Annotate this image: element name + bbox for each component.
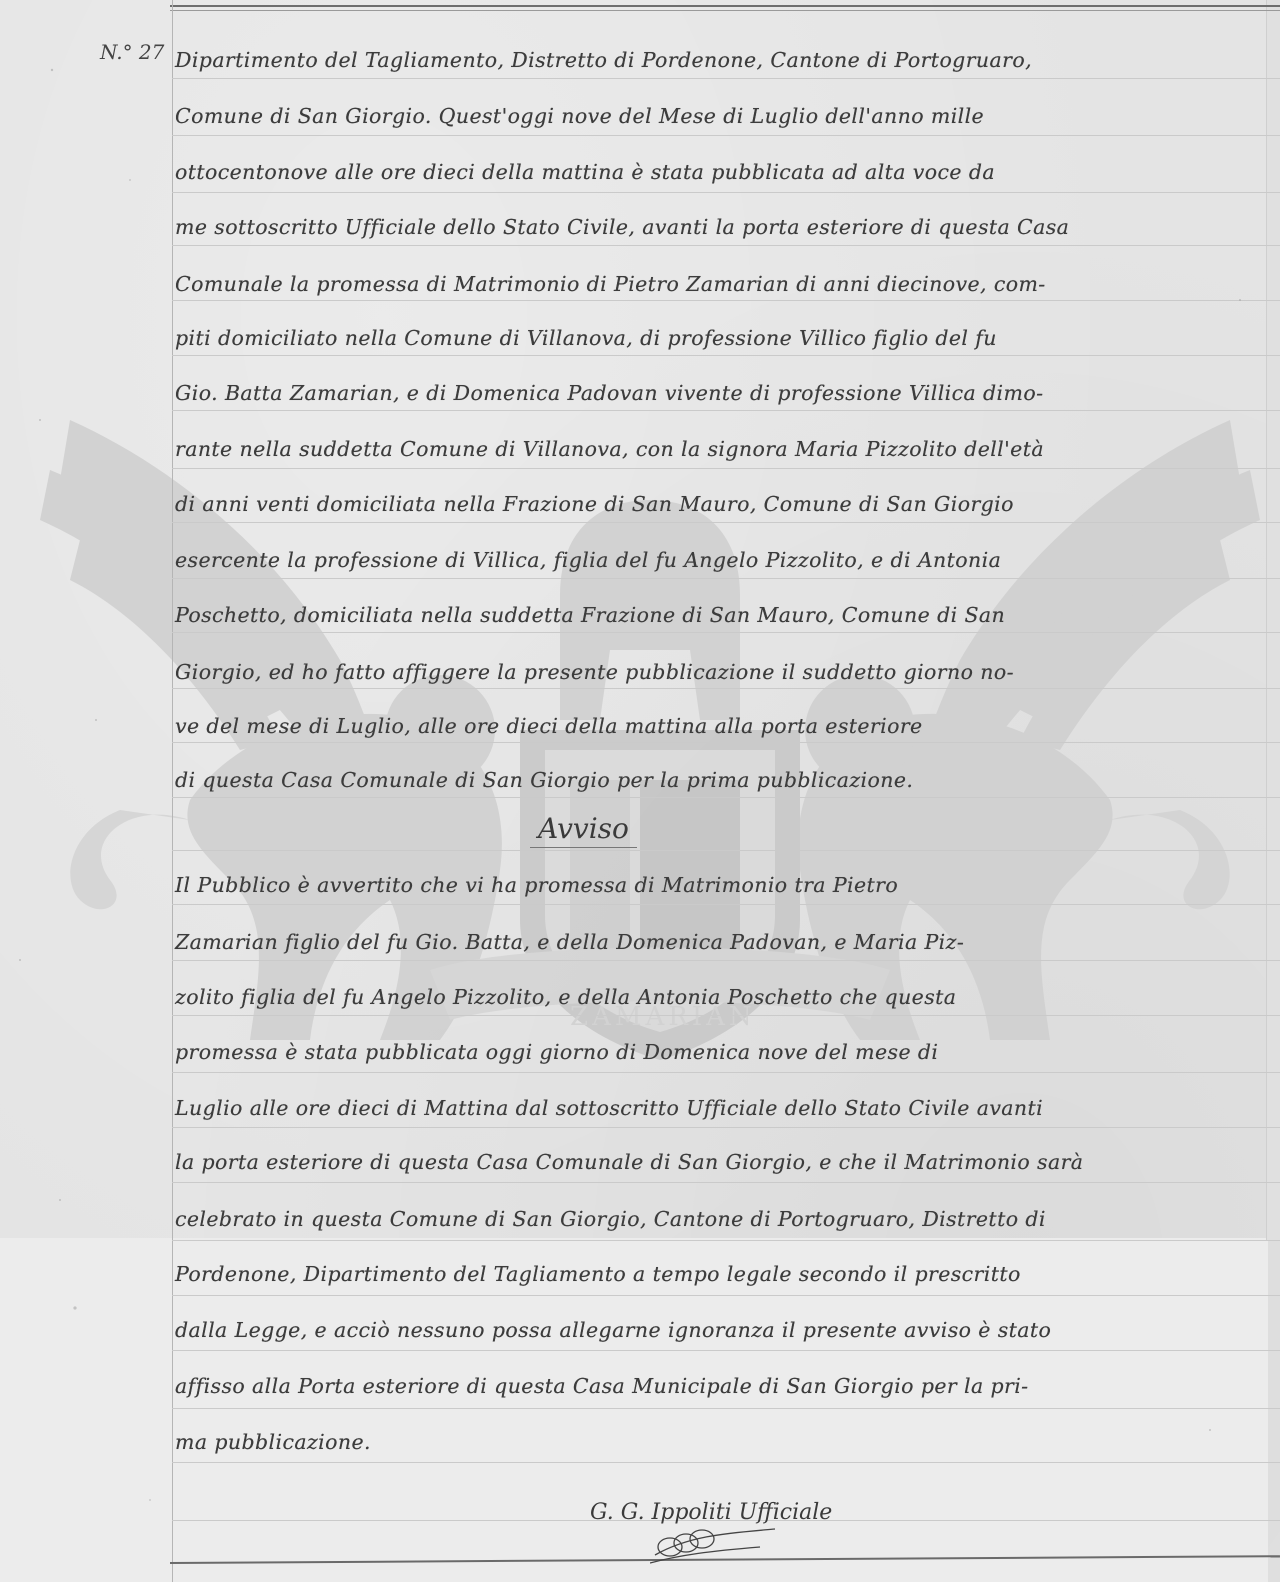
page-right-edge [1266, 0, 1280, 1240]
ruled-line [172, 192, 1280, 193]
record-line: Gio. Batta Zamarian, e di Domenica Padov… [175, 381, 1265, 405]
ruled-line [172, 468, 1280, 469]
ruled-line [172, 1015, 1280, 1016]
ruled-line [172, 578, 1280, 579]
notice-line: affisso alla Porta esteriore di questa C… [175, 1374, 1265, 1398]
ruled-line [172, 410, 1280, 411]
ruled-line [172, 300, 1280, 301]
ruled-line [172, 960, 1280, 961]
record-line: ve del mese di Luglio, alle ore dieci de… [175, 714, 1265, 738]
notice-line: dalla Legge, e acciò nessuno possa alleg… [175, 1318, 1265, 1342]
notice-line: zolito figlia del fu Angelo Pizzolito, e… [175, 985, 1265, 1009]
ruled-line [172, 245, 1280, 246]
ruled-line [172, 1408, 1280, 1409]
notice-line: la porta esteriore di questa Casa Comuna… [175, 1150, 1265, 1174]
notice-line: Zamarian figlio del fu Gio. Batta, e del… [175, 930, 1265, 954]
left-margin-line [172, 0, 173, 1582]
notice-line: celebrato in questa Comune di San Giorgi… [175, 1207, 1265, 1231]
record-line: di questa Casa Comunale di San Giorgio p… [175, 768, 1265, 792]
ruled-line [172, 1072, 1280, 1073]
notice-line: Il Pubblico è avvertito che vi ha promes… [175, 873, 1265, 897]
ruled-line [172, 135, 1280, 136]
ruled-line [172, 1295, 1280, 1296]
record-line: me sottoscritto Ufficiale dello Stato Ci… [175, 215, 1265, 239]
ruled-line [172, 1182, 1280, 1183]
record-line: Comunale la promessa di Matrimonio di Pi… [175, 272, 1265, 296]
ruled-line [172, 904, 1280, 905]
record-line: ottocentonove alle ore dieci della matti… [175, 160, 1265, 184]
top-double-rule [170, 5, 1280, 11]
record-line: di anni venti domiciliata nella Frazione… [175, 492, 1265, 516]
ruled-line [172, 78, 1280, 79]
entry-number: N.° 27 [100, 40, 164, 64]
signature-flourish-icon [650, 1525, 780, 1565]
record-line: Dipartimento del Tagliamento, Distretto … [175, 48, 1265, 72]
record-line: Giorgio, ed ho fatto affiggere la presen… [175, 660, 1265, 684]
ruled-line [172, 1350, 1280, 1351]
page-lower-overlay [0, 1238, 1268, 1582]
record-line: rante nella suddetta Comune di Villanova… [175, 437, 1265, 461]
ruled-line [172, 1127, 1280, 1128]
ruled-line [172, 797, 1280, 798]
official-signature: G. G. Ippoliti Ufficiale [590, 1500, 832, 1525]
ruled-line [172, 1240, 1280, 1241]
record-line: Comune di San Giorgio. Quest'oggi nove d… [175, 104, 1265, 128]
ruled-line [172, 632, 1280, 633]
notice-line: promessa è stata pubblicata oggi giorno … [175, 1040, 1265, 1064]
notice-line: Luglio alle ore dieci di Mattina dal sot… [175, 1096, 1265, 1120]
ruled-line [172, 1462, 1280, 1463]
ruled-line [172, 688, 1280, 689]
ruled-line [172, 742, 1280, 743]
ruled-line [172, 522, 1280, 523]
record-line: Poschetto, domiciliata nella suddetta Fr… [175, 603, 1265, 627]
ruled-line [172, 850, 1280, 851]
record-line: esercente la professione di Villica, fig… [175, 548, 1265, 572]
ruled-line [172, 355, 1280, 356]
notice-line: ma pubblicazione. [175, 1430, 1265, 1454]
notice-line: Pordenone, Dipartimento del Tagliamento … [175, 1262, 1265, 1286]
record-line: piti domiciliato nella Comune di Villano… [175, 326, 1265, 350]
notice-heading: Avviso [530, 812, 637, 848]
